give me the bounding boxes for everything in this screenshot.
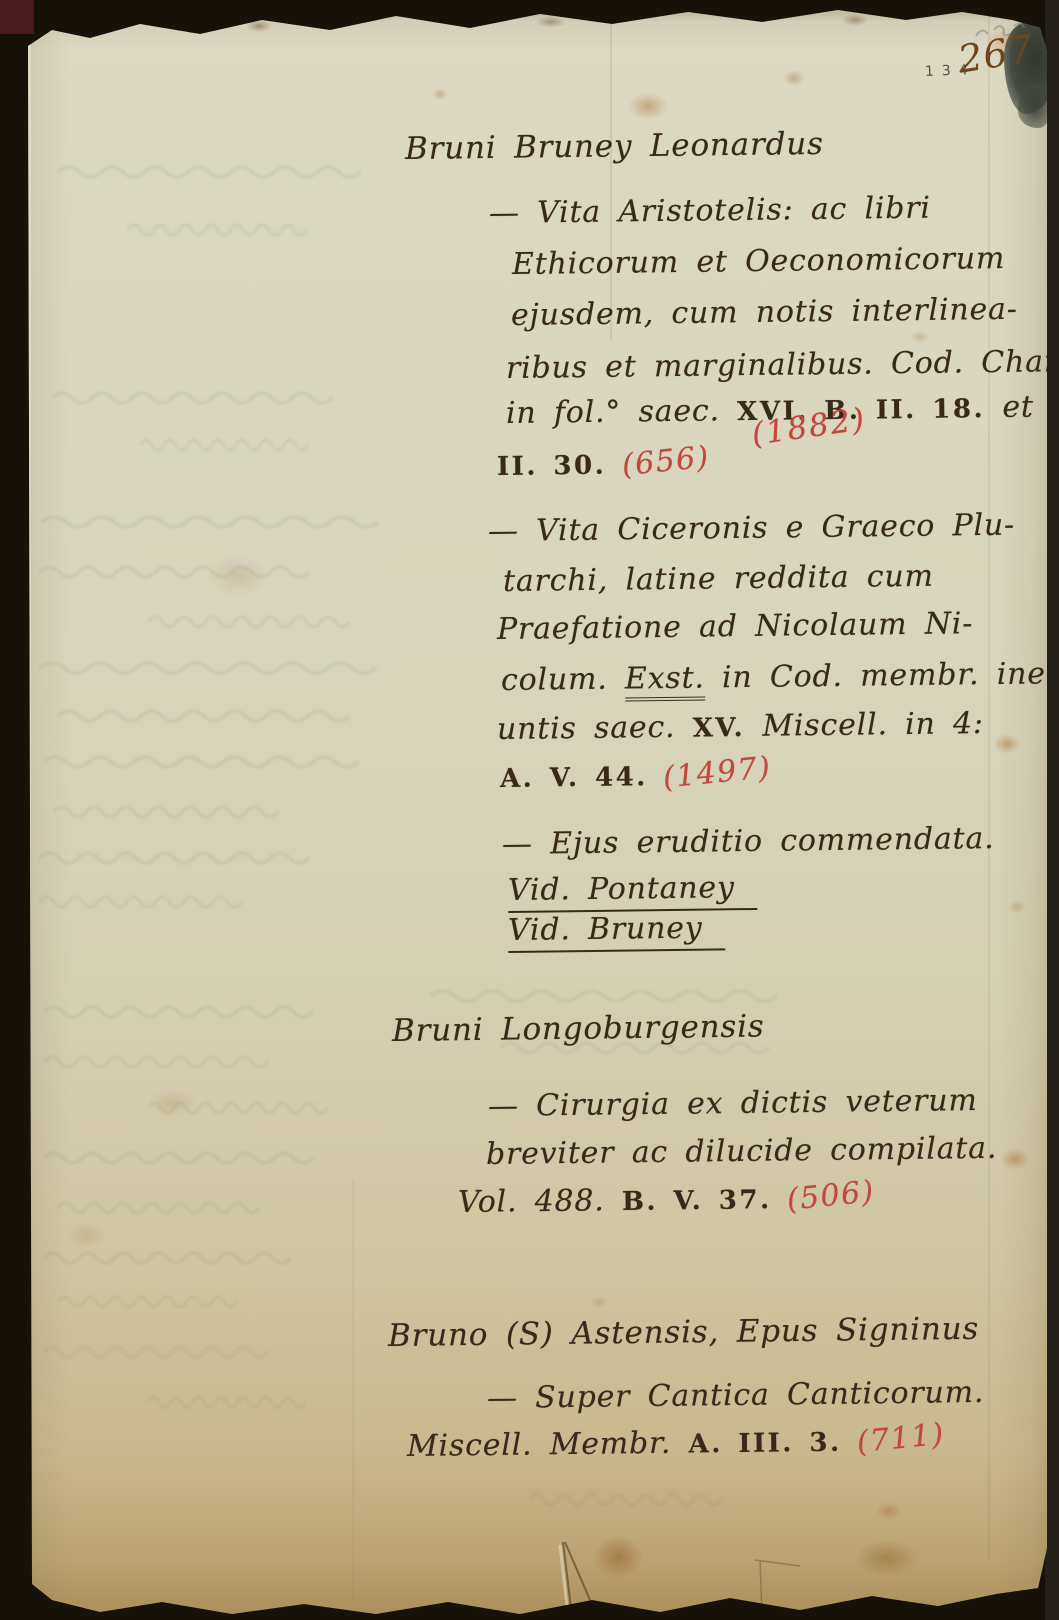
line-text: Miscell. Membr. [407, 1426, 689, 1464]
manuscript-line: — Ejus eruditio commendata. [502, 821, 995, 862]
line-text: — Vita Aristotelis: ac libri [489, 191, 931, 231]
manuscript-line-shelfmark: Vol. 488. B. V. 37. (506) [458, 1180, 876, 1220]
foxing-stain [842, 14, 868, 26]
cross-reference-text: Vid. Bruney [508, 910, 725, 953]
line-text: — Super Cantica Canticorum. [487, 1375, 985, 1416]
ink-blot [1018, 84, 1052, 128]
line-text: ribus et marginalibus. Cod. Chart. [506, 344, 1059, 386]
manuscript-line: untis saec. XV. Miscell. in 4: [497, 706, 984, 747]
manuscript-line-shelfmark: A. V. 44. (1497) [500, 757, 772, 795]
paper-crease [610, 0, 612, 340]
foxing-stain [1000, 1148, 1030, 1170]
paper-crease [352, 1180, 354, 1600]
entry-heading-bruno-astensis: Bruno (S) Astensis, Epus Signinus [388, 1311, 980, 1354]
heading-text: Bruni Longoburgensis [392, 1008, 765, 1049]
book-spine-corner [0, 0, 34, 34]
foxing-stain [208, 556, 268, 596]
line-text: in fol.° saec. [506, 393, 738, 431]
page-gutter-edge [28, 40, 31, 1588]
shelfmark-text: A. V. 44. [500, 762, 664, 794]
cross-reference-text: Vid. Pontaney [508, 870, 757, 913]
manuscript-line: colum. Exst. in Cod. membr. ine- [501, 656, 1057, 698]
line-text: — Cirurgia ex dictis veterum [488, 1083, 978, 1124]
foxing-stain [536, 16, 566, 28]
foxing-stain [876, 1502, 902, 1520]
manuscript-line: — Super Cantica Canticorum. [487, 1375, 985, 1416]
manuscript-line: Ethicorum et Oeconomicorum [512, 241, 1006, 282]
line-text: Vol. 488. [458, 1183, 622, 1220]
red-number-text: (656) [620, 440, 711, 484]
ghost-line [58, 167, 360, 177]
foxing-stain [590, 1296, 608, 1308]
shelfmark-text: A. III. 3. [688, 1428, 857, 1460]
shelfmark-text: XV. [693, 713, 746, 744]
line-text: tarchi, latine reddita cum [503, 559, 934, 599]
line-text: — Vita Ciceronis e Graeco Plu- [488, 508, 1015, 549]
shelfmark-text: II. 30. [497, 450, 622, 482]
underlined-word: Exst. [625, 661, 705, 702]
line-text: Ethicorum et Oeconomicorum [512, 241, 1006, 282]
red-number-text: (506) [785, 1174, 876, 1218]
line-text: in Cod. membr. ine- [704, 656, 1056, 695]
manuscript-line: ejusdem, cum notis interlinea- [511, 292, 1018, 333]
line-text: Praefatione ad Nicolaum Ni- [497, 606, 974, 647]
foxing-stain [148, 1088, 198, 1118]
foxing-stain [783, 70, 805, 86]
cross-reference-line: Vid. Bruney [508, 910, 725, 948]
scanned-book-photo: { "page": { "stamp_number": "134", "foli… [0, 0, 1059, 1620]
paper-crease [988, 0, 990, 1560]
red-number-text: (1497) [662, 750, 774, 796]
entry-heading-bruni-longoburgensis: Bruni Longoburgensis [392, 1008, 765, 1049]
manuscript-line-shelfmark: II. 30. (656) [497, 445, 710, 483]
heading-text: Bruno (S) Astensis, Epus Signinus [388, 1311, 980, 1354]
manuscript-line: breviter ac dilucide compilata. [486, 1131, 998, 1172]
foxing-stain [910, 330, 930, 344]
entry-heading-bruni-leonardus: Bruni Bruney Leonardus [405, 126, 824, 167]
line-text: Miscell. in 4: [745, 706, 984, 744]
line-text: breviter ac dilucide compilata. [486, 1131, 998, 1172]
foxing-stain [994, 734, 1020, 754]
line-text: et [985, 389, 1052, 425]
foxing-stain [856, 1540, 918, 1576]
foxing-stain [594, 1536, 642, 1578]
manuscript-line-shelfmark: Miscell. Membr. A. III. 3. (711) [407, 1422, 946, 1464]
line-text: — Ejus eruditio commendata. [502, 821, 995, 862]
manuscript-line: tarchi, latine reddita cum [503, 559, 934, 599]
foxing-stain [432, 88, 448, 100]
line-text: colum. [501, 661, 625, 698]
shelfmark-text: B. V. 37. [622, 1185, 787, 1217]
book-edge-shadow [1045, 0, 1059, 1620]
manuscript-line: — Vita Ciceronis e Graeco Plu- [488, 508, 1015, 549]
manuscript-line: — Cirurgia ex dictis veterum [488, 1083, 978, 1124]
foxing-stain [246, 20, 272, 32]
foxing-stain [66, 1222, 106, 1248]
line-text: untis saec. [497, 710, 693, 747]
line-text: ejusdem, cum notis interlinea- [511, 292, 1018, 333]
heading-text: Bruni Bruney Leonardus [405, 126, 824, 167]
manuscript-line: Praefatione ad Nicolaum Ni- [497, 606, 974, 647]
cross-reference-line: Vid. Pontaney [508, 870, 757, 908]
red-number-text: (711) [855, 1417, 946, 1461]
foxing-stain [1008, 900, 1026, 914]
manuscript-page: 134 267 Bruni Bruney Leonardus — Vita Ar… [0, 0, 1059, 1620]
manuscript-line: — Vita Aristotelis: ac libri [489, 191, 931, 231]
foxing-stain [628, 92, 668, 120]
manuscript-line: ribus et marginalibus. Cod. Chart. [506, 344, 1059, 386]
